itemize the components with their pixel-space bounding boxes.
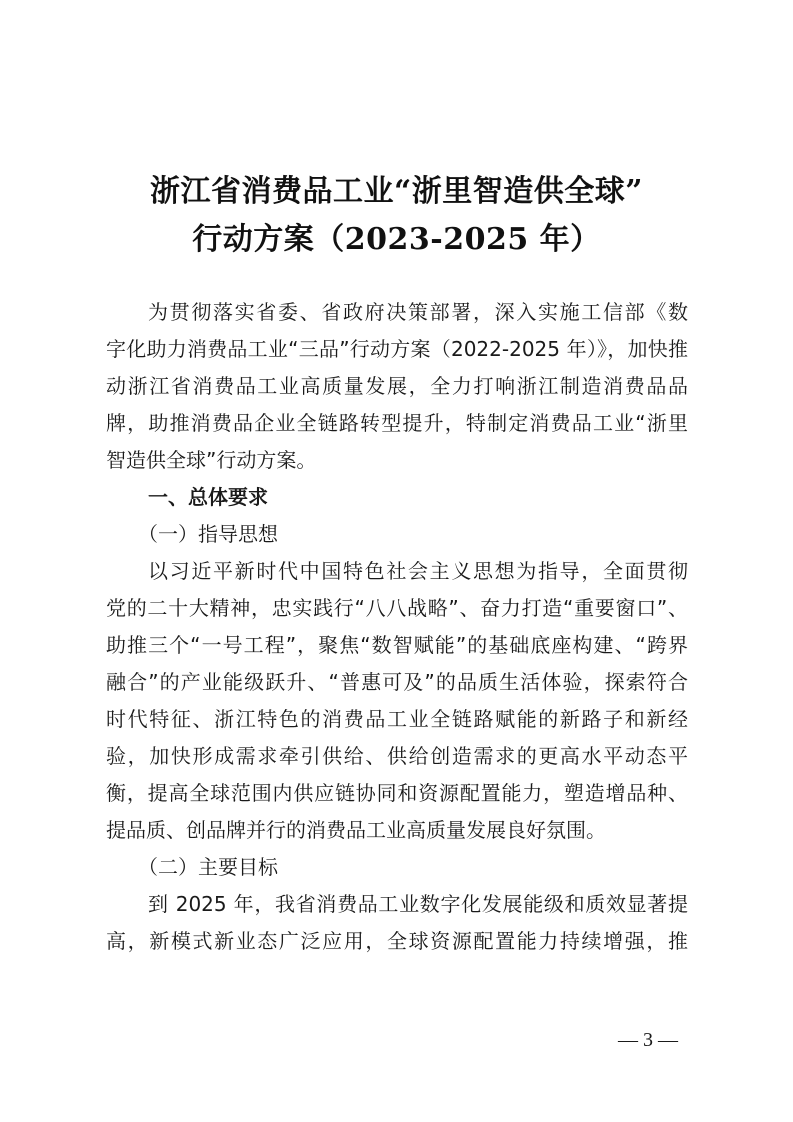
ideology-line-6: 验，加快形成需求牵引供给、供给创造需求的更高水平动态平	[106, 738, 688, 775]
document-title-line-1: 浙江省消费品工业“浙里智造供全球”	[0, 166, 793, 210]
goals-line-1: 到 2025 年，我省消费品工业数字化发展能级和质效显著提	[106, 886, 688, 923]
ideology-line-1: 以习近平新时代中国特色社会主义思想为指导，全面贯彻	[106, 553, 688, 590]
section-heading-overall-requirements: 一、总体要求	[106, 479, 688, 516]
intro-line-5: 智造供全球”行动方案。	[106, 442, 688, 479]
page-number: — 3 —	[618, 1029, 678, 1052]
intro-line-1: 为贯彻落实省委、省政府决策部署，深入实施工信部《数	[106, 294, 688, 331]
goals-line-2: 高，新模式新业态广泛应用，全球资源配置能力持续增强，推	[106, 923, 688, 960]
intro-line-2: 字化助力消费品工业“三品”行动方案（2022-2025 年）》，加快推	[106, 331, 688, 368]
document-page: 浙江省消费品工业“浙里智造供全球” 行动方案（2023-2025 年） 为贯彻落…	[0, 0, 793, 1122]
intro-line-4: 牌，助推消费品企业全链路转型提升，特制定消费品工业“浙里	[106, 405, 688, 442]
main-goals-paragraph: 到 2025 年，我省消费品工业数字化发展能级和质效显著提 高，新模式新业态广泛…	[106, 886, 688, 960]
ideology-line-2: 党的二十大精神，忠实践行“八八战略”、奋力打造“重要窗口”、	[106, 590, 688, 627]
subsection-heading-guiding-ideology: （一）指导思想	[106, 516, 688, 553]
subsection-heading-main-goals: （二）主要目标	[106, 849, 688, 886]
ideology-line-8: 提品质、创品牌并行的消费品工业高质量发展良好氛围。	[106, 812, 688, 849]
ideology-line-5: 时代特征、浙江特色的消费品工业全链路赋能的新路子和新经	[106, 701, 688, 738]
ideology-line-7: 衡，提高全球范围内供应链协同和资源配置能力，塑造增品种、	[106, 775, 688, 812]
ideology-line-4: 融合”的产业能级跃升、“普惠可及”的品质生活体验，探索符合	[106, 664, 688, 701]
document-title-line-2: 行动方案（2023-2025 年）	[0, 214, 793, 258]
intro-line-3: 动浙江省消费品工业高质量发展，全力打响浙江制造消费品品	[106, 368, 688, 405]
ideology-line-3: 助推三个“一号工程”，聚焦“数智赋能”的基础底座构建、“跨界	[106, 627, 688, 664]
guiding-ideology-paragraph: 以习近平新时代中国特色社会主义思想为指导，全面贯彻 党的二十大精神，忠实践行“八…	[106, 553, 688, 849]
document-body: 为贯彻落实省委、省政府决策部署，深入实施工信部《数 字化助力消费品工业“三品”行…	[106, 294, 688, 960]
intro-paragraph: 为贯彻落实省委、省政府决策部署，深入实施工信部《数 字化助力消费品工业“三品”行…	[106, 294, 688, 479]
